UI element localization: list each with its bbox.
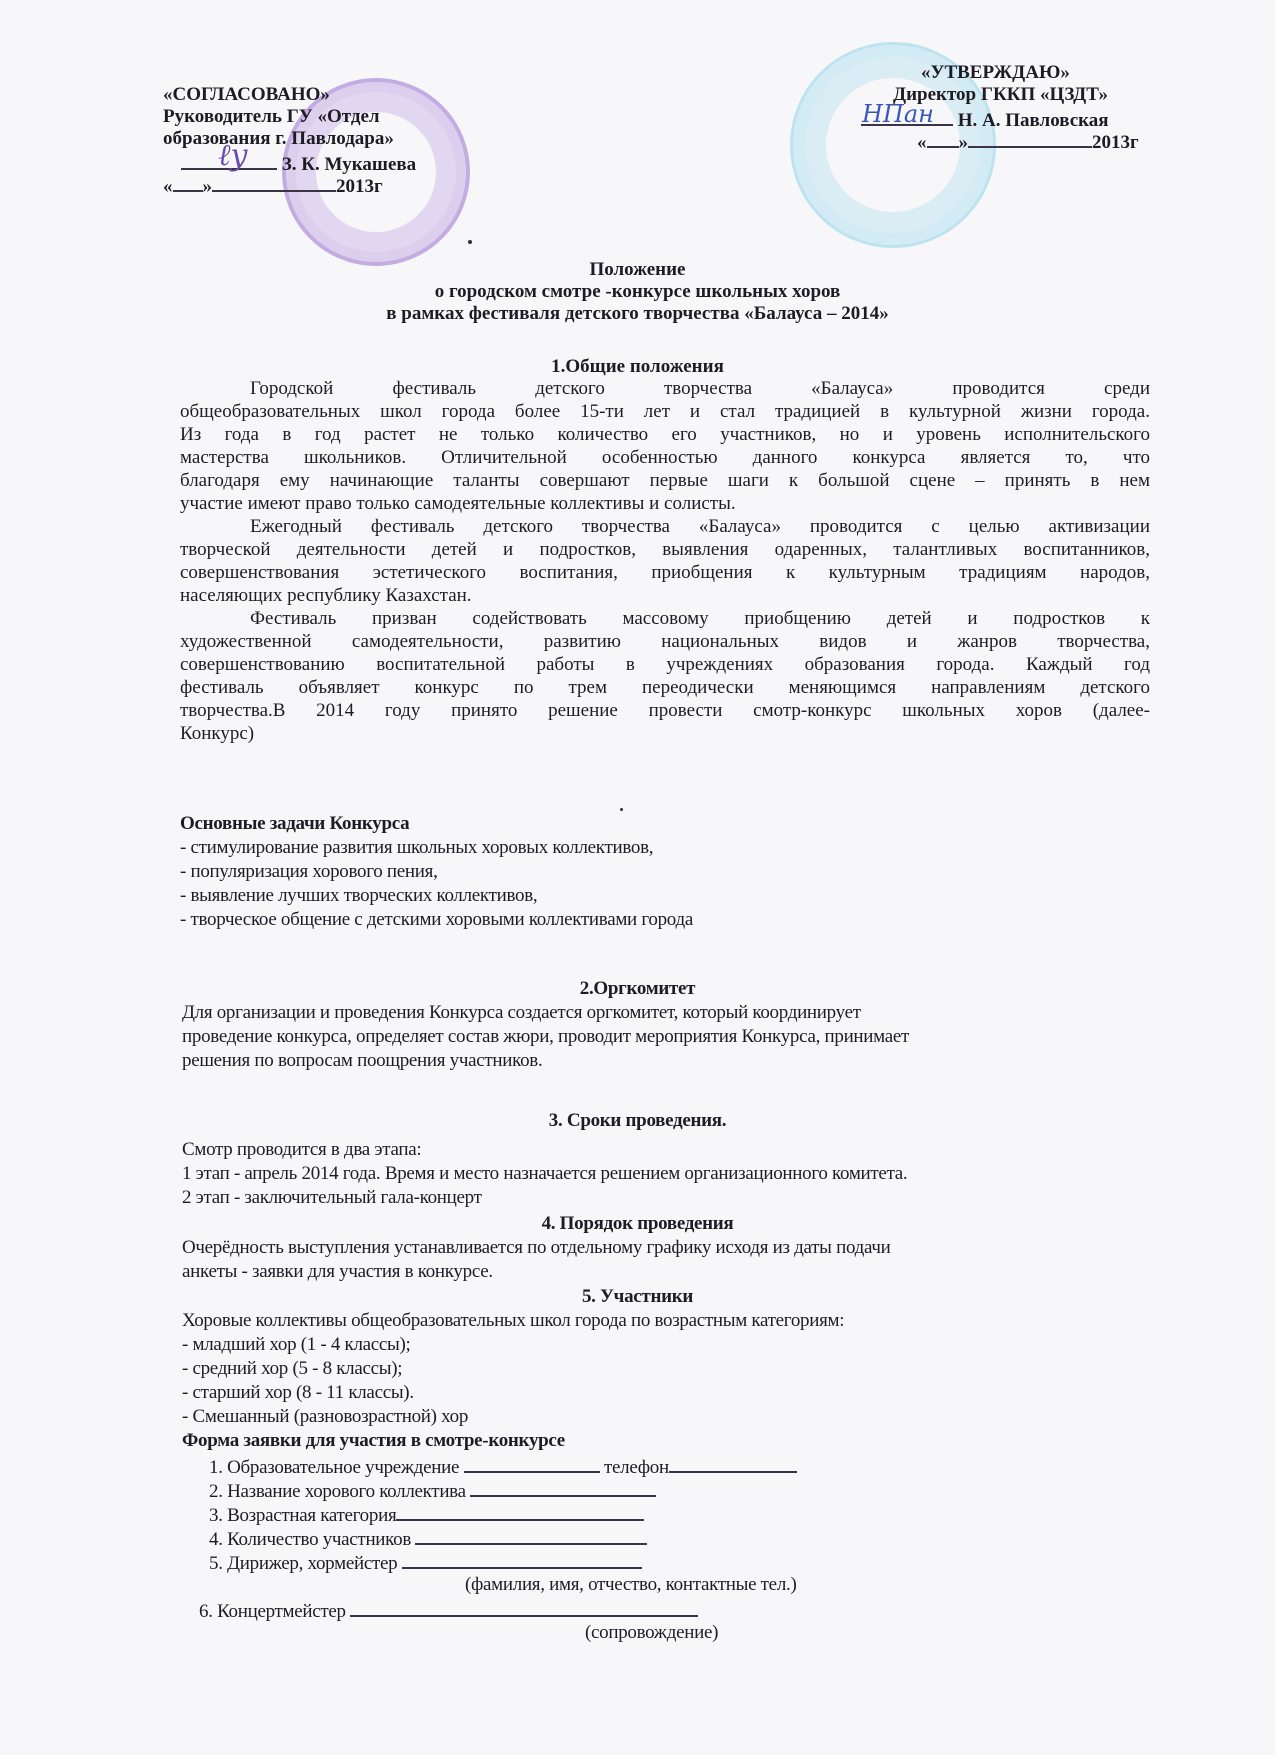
day-blank[interactable] (927, 128, 959, 148)
section-3-heading: 3. Сроки проведения. (0, 1109, 1275, 1133)
paragraph-line: благодаря ему начинающие таланты соверша… (180, 470, 1150, 493)
form-field-choir-name: 2. Название хорового коллектива (209, 1477, 656, 1504)
phone-input[interactable] (669, 1453, 797, 1473)
paragraph-line: Смотр проводится в два этапа: (182, 1138, 907, 1162)
section-4-heading: 4. Порядок проведения (0, 1212, 1275, 1236)
form-field-age-category: 3. Возрастная категория (209, 1501, 644, 1528)
approval-left-title: «СОГЛАСОВАНО» (163, 84, 330, 106)
paragraph-line: Ежегодный фестиваль детского творчества … (180, 516, 1150, 539)
choir-name-input[interactable] (470, 1477, 656, 1497)
speck (468, 240, 472, 244)
document-title: Положение (0, 259, 1275, 281)
month-blank[interactable] (968, 128, 1092, 148)
approval-left-line1: Руководитель ГУ «Отдел (163, 106, 380, 128)
month-blank[interactable] (212, 172, 336, 192)
task-item: - творческое общение с детскими хоровыми… (180, 908, 693, 932)
document-subtitle-1: о городском смотре -конкурсе школьных хо… (0, 281, 1275, 303)
form-heading: Форма заявки для участия в смотре-конкур… (182, 1429, 565, 1453)
field-label: 2. Название хорового коллектива (209, 1481, 470, 1502)
section-1-body: Городской фестиваль детского творчества … (180, 378, 1150, 746)
paragraph-line: Конкурс) (180, 723, 1150, 746)
field-label: 1. Образовательное учреждение (209, 1457, 464, 1478)
paragraph-line: Для организации и проведения Конкурса со… (182, 1001, 909, 1025)
form-field-accompanist: 6. Концертмейстер (199, 1597, 698, 1624)
section-2-heading: 2.Оргкомитет (0, 977, 1275, 1001)
field-label: 6. Концертмейстер (199, 1601, 350, 1622)
conductor-input[interactable] (402, 1549, 642, 1569)
signature-right: НПан (862, 100, 934, 128)
paragraph-line: Городской фестиваль детского творчества … (180, 378, 1150, 401)
day-blank[interactable] (173, 172, 203, 192)
paragraph-line: проведение конкурса, определяет состав ж… (182, 1025, 909, 1049)
tasks-heading: Основные задачи Конкурса (180, 812, 409, 836)
form-field-conductor: 5. Дирижер, хормейстер (209, 1549, 642, 1576)
section-1-heading: 1.Общие положения (0, 356, 1275, 378)
task-item: - популяризация хорового пения, (180, 860, 693, 884)
paragraph-line: мастерства школьников. Отличительной осо… (180, 447, 1150, 470)
approval-right-date: «»2013г (917, 128, 1139, 154)
participants-intro: Хоровые коллективы общеобразовательных ш… (182, 1309, 844, 1333)
paragraph-line: участие имеют право только самодеятельны… (180, 493, 1150, 516)
paragraph-line: творчества.В 2014 году принято решение п… (180, 700, 1150, 723)
section-3-body: Смотр проводится в два этапа: 1 этап - а… (182, 1138, 907, 1210)
paragraph-line: 1 этап - апрель 2014 года. Время и место… (182, 1162, 907, 1186)
section-5-heading: 5. Участники (0, 1285, 1275, 1309)
paragraph-line: фестиваль объявляет конкурс по трем пере… (180, 677, 1150, 700)
paragraph-line: Фестиваль призван содействовать массовом… (180, 608, 1150, 631)
speck (620, 808, 623, 811)
paragraph-line: совершенствования эстетического воспитан… (180, 562, 1150, 585)
accompanist-note: (сопровождение) (585, 1621, 718, 1645)
category-item: - старший хор (8 - 11 классы). (182, 1381, 844, 1405)
tasks-list: - стимулирование развития школьных хоров… (180, 836, 693, 932)
age-category-input[interactable] (396, 1501, 644, 1521)
paragraph-line: творческой деятельности детей и подростк… (180, 539, 1150, 562)
paragraph-line: анкеты - заявки для участия в конкурсе. (182, 1260, 890, 1284)
approval-left-line2: образования г. Павлодара» (163, 128, 394, 150)
paragraph-line: общеобразовательных школ города более 15… (180, 401, 1150, 424)
field-label: 5. Дирижер, хормейстер (209, 1553, 402, 1574)
section-4-body: Очерёдность выступления устанавливается … (182, 1236, 890, 1284)
accompanist-input[interactable] (350, 1597, 698, 1617)
approval-left-date: «»2013г (163, 172, 383, 198)
paragraph-line: художественной самодеятельности, развити… (180, 631, 1150, 654)
form-field-institution: 1. Образовательное учреждение телефон (209, 1453, 797, 1480)
section-2-body: Для организации и проведения Конкурса со… (182, 1001, 909, 1073)
task-item: - стимулирование развития школьных хоров… (180, 836, 693, 860)
field-label: 4. Количество участников (209, 1529, 415, 1550)
category-item: - младший хор (1 - 4 классы); (182, 1333, 844, 1357)
approval-right-title: «УТВЕРЖДАЮ» (921, 62, 1070, 84)
document-subtitle-2: в рамках фестиваля детского творчества «… (0, 303, 1275, 325)
paragraph-line: Очерёдность выступления устанавливается … (182, 1236, 890, 1260)
category-item: - Смешанный (разновозрастной) хор (182, 1405, 844, 1429)
conductor-note: (фамилия, имя, отчество, контактные тел.… (465, 1573, 796, 1597)
paragraph-line: решения по вопросам поощрения участников… (182, 1049, 909, 1073)
field-label: телефон (600, 1457, 669, 1478)
paragraph-line: совершенствованию воспитательной работы … (180, 654, 1150, 677)
paragraph-line: 2 этап - заключительный гала-концерт (182, 1186, 907, 1210)
category-item: - средний хор (5 - 8 классы); (182, 1357, 844, 1381)
task-item: - выявление лучших творческих коллективо… (180, 884, 693, 908)
form-field-participants-count: 4. Количество участников (209, 1525, 647, 1552)
signature-left: ℓy (218, 138, 247, 173)
participants-count-input[interactable] (415, 1525, 647, 1545)
field-label: 3. Возрастная категория (209, 1505, 396, 1526)
paragraph-line: Из года в год растет не только количеств… (180, 424, 1150, 447)
document-page: «СОГЛАСОВАНО» Руководитель ГУ «Отдел обр… (0, 0, 1275, 1755)
institution-input[interactable] (464, 1453, 600, 1473)
paragraph-line: населяющих республику Казахстан. (180, 585, 1150, 608)
section-5-body: Хоровые коллективы общеобразовательных ш… (182, 1309, 844, 1429)
